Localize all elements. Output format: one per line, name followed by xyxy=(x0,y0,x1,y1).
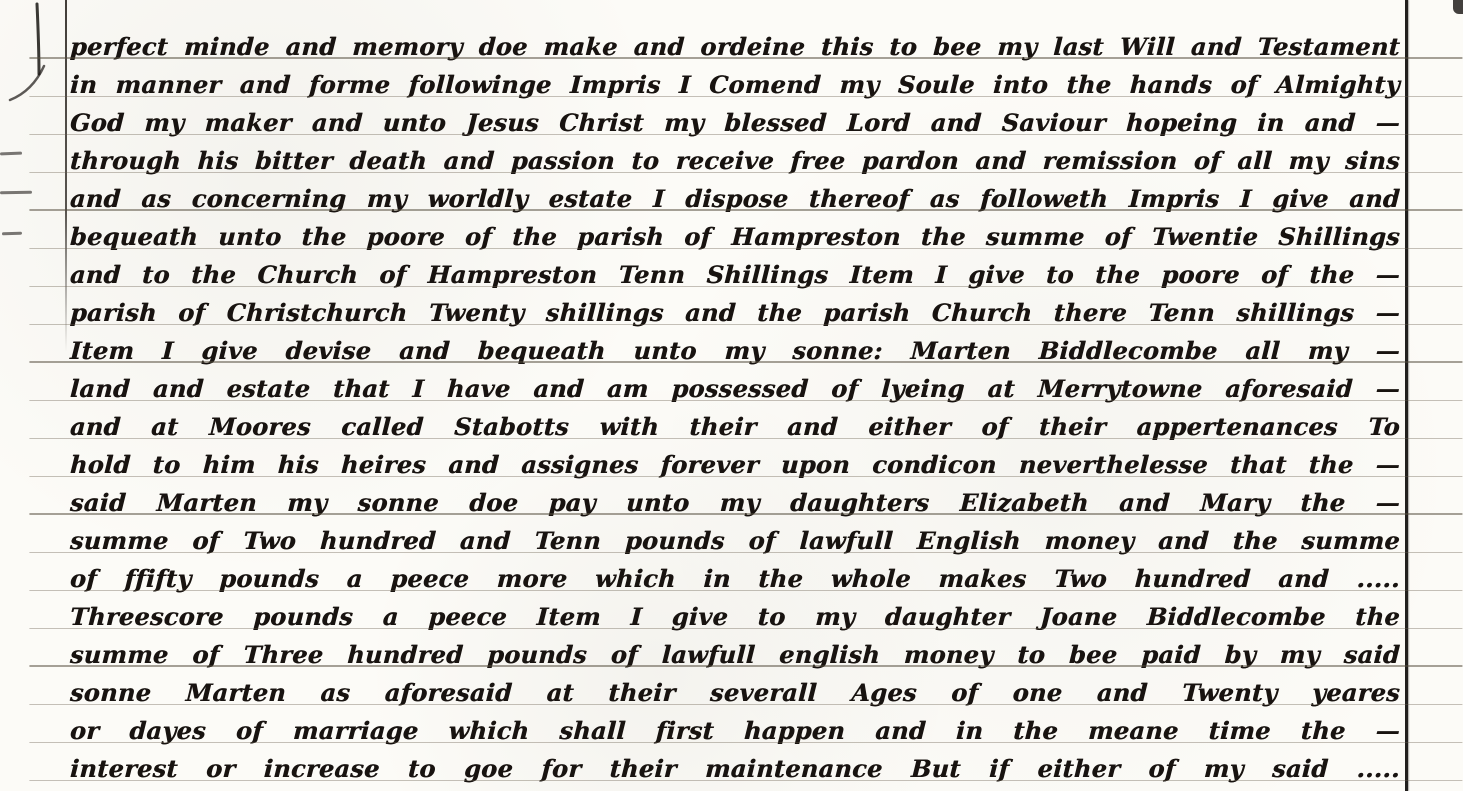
manuscript-line: perfect minde and memory doe make and or… xyxy=(69,28,1401,66)
manuscript-line: or dayes of marriage which shall first h… xyxy=(69,712,1401,750)
manuscript-line: God my maker and unto Jesus Christ my bl… xyxy=(69,104,1401,142)
margin-tick-mark xyxy=(0,152,22,156)
manuscript-page: perfect minde and memory doe make and or… xyxy=(0,0,1463,791)
manuscript-line: hold to him his heires and assignes fore… xyxy=(69,446,1401,484)
manuscript-line: and as concerning my worldly estate I di… xyxy=(69,180,1401,218)
manuscript-line: said Marten my sonne doe pay unto my dau… xyxy=(69,484,1401,522)
scan-edge-smudge xyxy=(1453,0,1463,14)
manuscript-line: and at Moores called Stabotts with their… xyxy=(69,408,1401,446)
manuscript-line: through his bitter death and passion to … xyxy=(69,142,1401,180)
manuscript-line: parish of Christchurch Twenty shillings … xyxy=(69,294,1401,332)
manuscript-line: bequeath unto the poore of the parish of… xyxy=(69,218,1401,256)
manuscript-line: land and estate that I have and am posse… xyxy=(69,370,1401,408)
manuscript-text-block: perfect minde and memory doe make and or… xyxy=(70,28,1400,788)
margin-tick-mark xyxy=(2,232,22,236)
manuscript-line: summe of Three hundred pounds of lawfull… xyxy=(69,636,1401,674)
manuscript-line: Threescore pounds a peece Item I give to… xyxy=(69,598,1401,636)
left-margin-rule xyxy=(65,0,67,352)
manuscript-line: sonne Marten as aforesaid at their sever… xyxy=(69,674,1401,712)
margin-tick-mark xyxy=(0,191,32,195)
manuscript-line: of ffifty pounds a peece more which in t… xyxy=(69,560,1401,598)
right-margin-rule xyxy=(1405,0,1408,791)
manuscript-line: summe of Two hundred and Tenn pounds of … xyxy=(69,522,1401,560)
manuscript-line: and to the Church of Hampreston Tenn Shi… xyxy=(69,256,1401,294)
manuscript-line: interest or increase to goe for their ma… xyxy=(69,750,1401,788)
manuscript-line: in manner and forme followinge Impris I … xyxy=(69,66,1401,104)
manuscript-line: Item I give devise and bequeath unto my … xyxy=(69,332,1401,370)
